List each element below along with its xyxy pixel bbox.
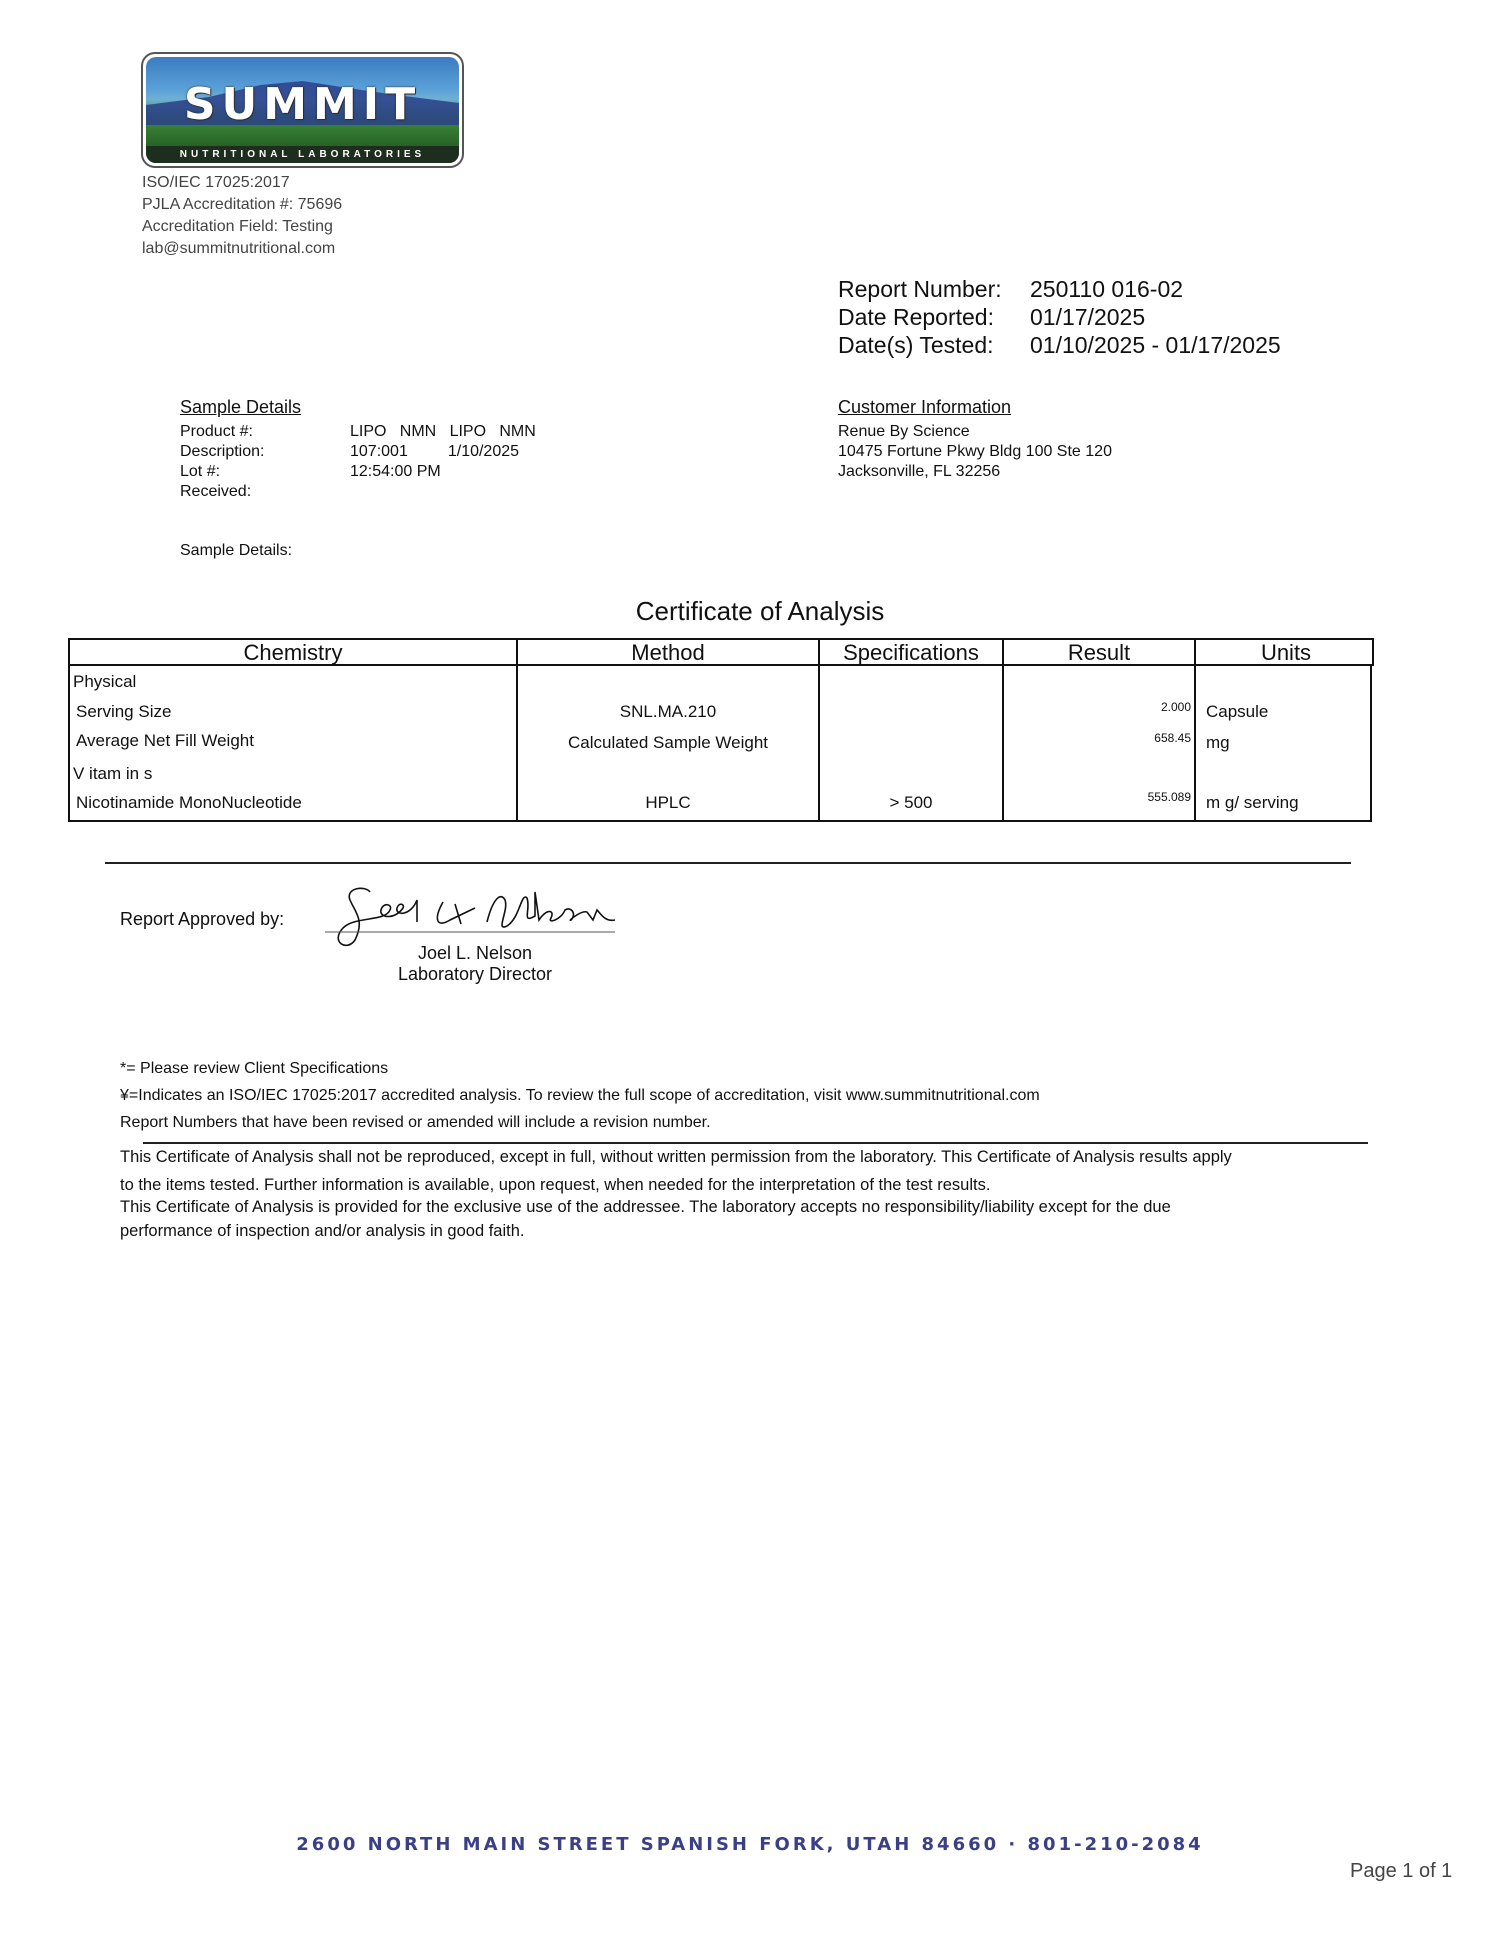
customer-heading: Customer Information	[838, 397, 1112, 418]
signature-icon	[325, 880, 625, 950]
units-net-fill-weight: mg	[1206, 733, 1230, 753]
result-serving-size: 2.000	[1161, 700, 1191, 714]
units-column: Capsule mg m g/ serving	[1196, 666, 1374, 820]
customer-city: Jacksonville, FL 32256	[838, 462, 1112, 482]
method-nmn: HPLC	[518, 793, 818, 813]
note-client-specs: *= Please review Client Specifications	[120, 1055, 1040, 1082]
coa-title: Certificate of Analysis	[0, 596, 1500, 627]
specifications-column: > 500	[820, 666, 1004, 820]
result-nmn: 555.089	[1148, 790, 1191, 804]
method-serving-size: SNL.MA.210	[518, 702, 818, 722]
divider	[105, 862, 1351, 864]
iso-line: ISO/IEC 17025:2017	[142, 172, 342, 194]
col-units: Units	[1196, 640, 1376, 665]
units-nmn: m g/ serving	[1206, 793, 1299, 813]
result-net-fill-weight: 658.45	[1154, 731, 1191, 745]
logo-subtitle: NUTRITIONAL LABORATORIES	[146, 146, 459, 163]
analyte-nmn: Nicotinamide MonoNucleotide	[76, 793, 302, 813]
accreditation-field-line: Accreditation Field: Testing	[142, 216, 342, 238]
lot-value: 12:54:00 PM	[350, 462, 536, 482]
col-method: Method	[518, 640, 820, 665]
group-label-physical: Physical	[73, 672, 136, 692]
col-result: Result	[1004, 640, 1196, 665]
pjla-line: PJLA Accreditation #: 75696	[142, 194, 342, 216]
dates-tested: 01/10/2025 - 01/17/2025	[1030, 331, 1281, 359]
description-value: 107:001 1/10/2025	[350, 442, 536, 462]
table-body: Physical Serving Size Average Net Fill W…	[68, 666, 1372, 822]
disclaimer: This Certificate of Analysis shall not b…	[120, 1146, 1380, 1242]
col-specifications: Specifications	[820, 640, 1004, 665]
received-value	[350, 482, 536, 502]
analyte-serving-size: Serving Size	[76, 702, 171, 722]
approver-name: Joel L. Nelson	[330, 943, 620, 964]
lot-label: Lot #:	[180, 462, 350, 482]
table-header: Chemistry Method Specifications Result U…	[68, 638, 1374, 666]
disclaimer-line: performance of inspection and/or analysi…	[120, 1220, 1380, 1242]
approver: Joel L. Nelson Laboratory Director	[330, 943, 620, 985]
group-label-vitamins: V itam in s	[73, 764, 152, 784]
results-table: Chemistry Method Specifications Result U…	[68, 638, 1374, 822]
approver-title: Laboratory Director	[330, 964, 620, 985]
result-column: 2.000 658.45 555.089	[1004, 666, 1196, 820]
note-accredited: ¥=Indicates an ISO/IEC 17025:2017 accred…	[120, 1082, 1040, 1109]
description-label: Description:	[180, 442, 350, 462]
customer-name: Renue By Science	[838, 422, 1112, 442]
spec-nmn: > 500	[820, 793, 1002, 813]
note-revisions: Report Numbers that have been revised or…	[120, 1109, 1040, 1136]
lab-logo: SUMMIT NUTRITIONAL LABORATORIES	[141, 52, 464, 168]
notes: *= Please review Client Specifications ¥…	[120, 1055, 1040, 1136]
method-column: SNL.MA.210 Calculated Sample Weight HPLC	[518, 666, 820, 820]
lab-info: ISO/IEC 17025:2017 PJLA Accreditation #:…	[142, 172, 342, 260]
method-net-fill-weight: Calculated Sample Weight	[518, 733, 818, 753]
dates-tested-label: Date(s) Tested:	[838, 331, 1030, 359]
customer-street: 10475 Fortune Pkwy Bldg 100 Ste 120	[838, 442, 1112, 462]
product-value: LIPO NMN LIPO NMN	[350, 422, 536, 442]
sample-details-label: Sample Details:	[180, 542, 292, 560]
sample-details-heading: Sample Details	[180, 397, 536, 418]
approved-by-label: Report Approved by:	[120, 909, 284, 930]
disclaimer-line: This Certificate of Analysis shall not b…	[120, 1146, 1380, 1168]
date-reported: 01/17/2025	[1030, 303, 1145, 331]
sample-details: Sample Details Product #:LIPO NMN LIPO N…	[180, 397, 536, 502]
lab-email: lab@summitnutritional.com	[142, 238, 342, 260]
page-number: Page 1 of 1	[1350, 1860, 1452, 1883]
units-serving-size: Capsule	[1206, 702, 1268, 722]
col-chemistry: Chemistry	[70, 640, 518, 665]
product-label: Product #:	[180, 422, 350, 442]
report-number-label: Report Number:	[838, 275, 1030, 303]
received-label: Received:	[180, 482, 350, 502]
report-meta: Report Number:250110 016-02 Date Reporte…	[838, 275, 1281, 359]
customer-information: Customer Information Renue By Science 10…	[838, 397, 1112, 482]
footer-address: 2600 NORTH MAIN STREET SPANISH FORK, UTA…	[0, 1834, 1500, 1855]
chemistry-column: Physical Serving Size Average Net Fill W…	[70, 666, 518, 820]
logo-wordmark: SUMMIT	[146, 79, 459, 130]
report-number: 250110 016-02	[1030, 275, 1183, 303]
analyte-net-fill-weight: Average Net Fill Weight	[76, 731, 254, 751]
divider	[143, 1142, 1368, 1144]
disclaimer-line: This Certificate of Analysis is provided…	[120, 1196, 1380, 1218]
date-reported-label: Date Reported:	[838, 303, 1030, 331]
disclaimer-line: to the items tested. Further information…	[120, 1174, 1380, 1196]
